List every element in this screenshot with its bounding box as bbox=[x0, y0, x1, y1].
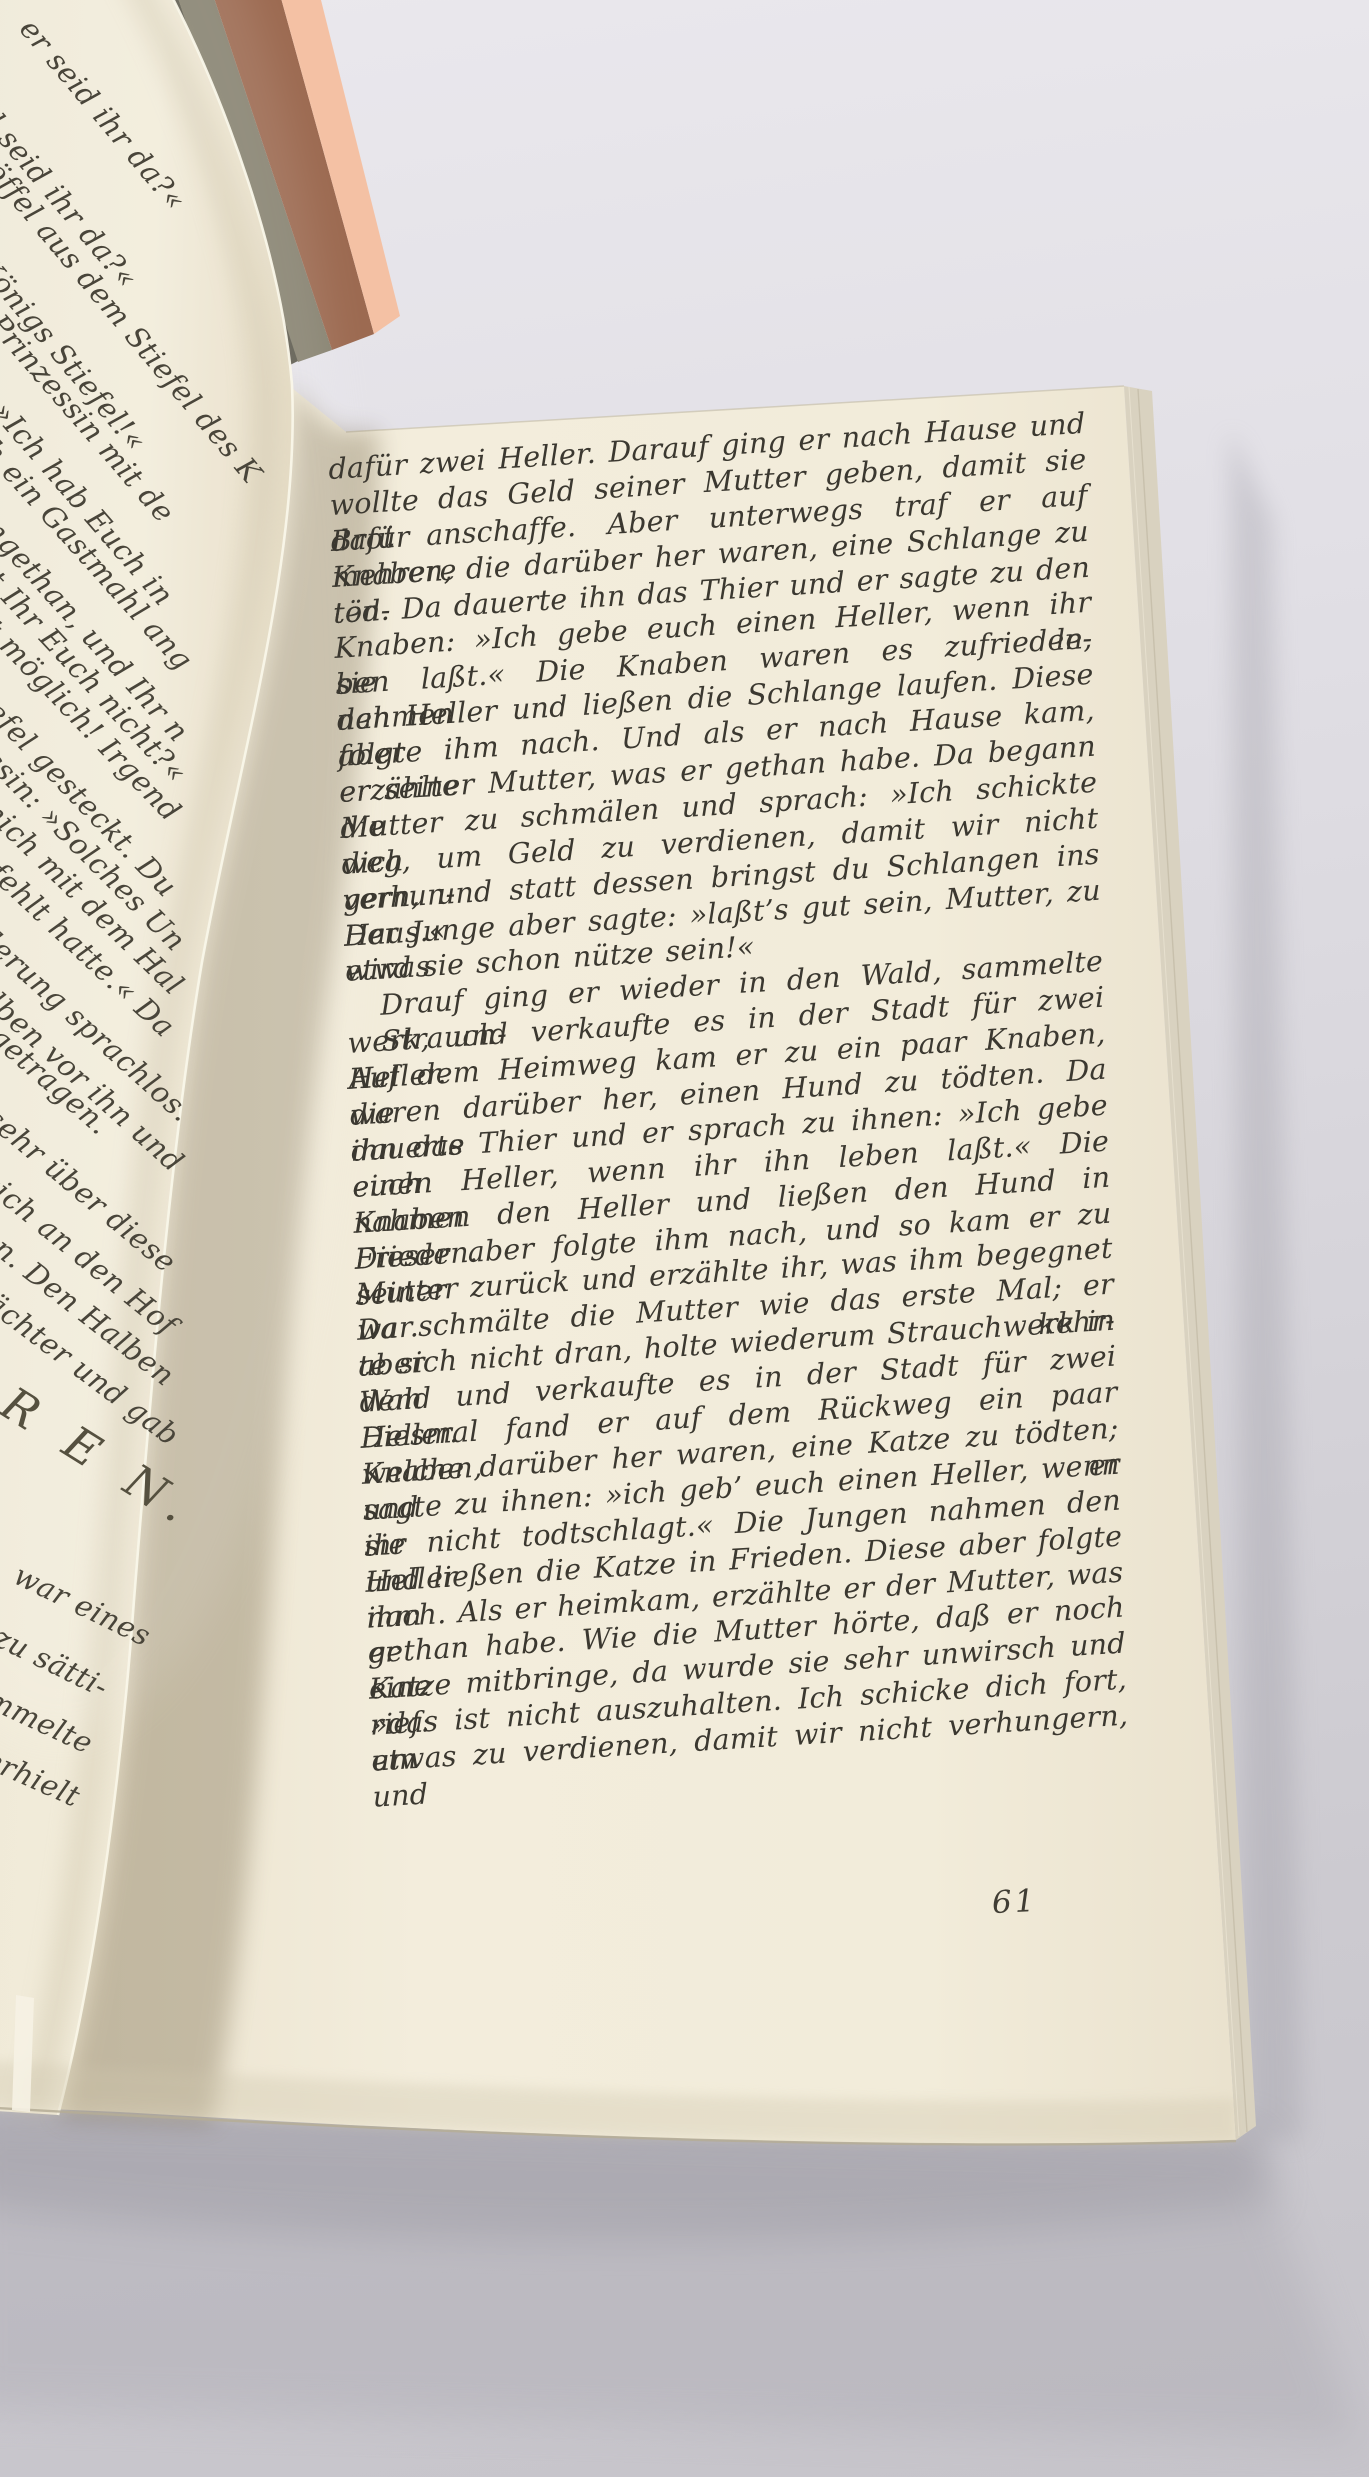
right-page-text-block: dafür zwei Heller. Darauf ging er nach H… bbox=[328, 406, 1129, 1780]
page-number: 61 bbox=[991, 1883, 1038, 1921]
table-shadow-soft bbox=[0, 2110, 1360, 2440]
photo-open-book: er seid ihr da?«ffel seid ihr da?«Löffel… bbox=[0, 0, 1369, 2477]
